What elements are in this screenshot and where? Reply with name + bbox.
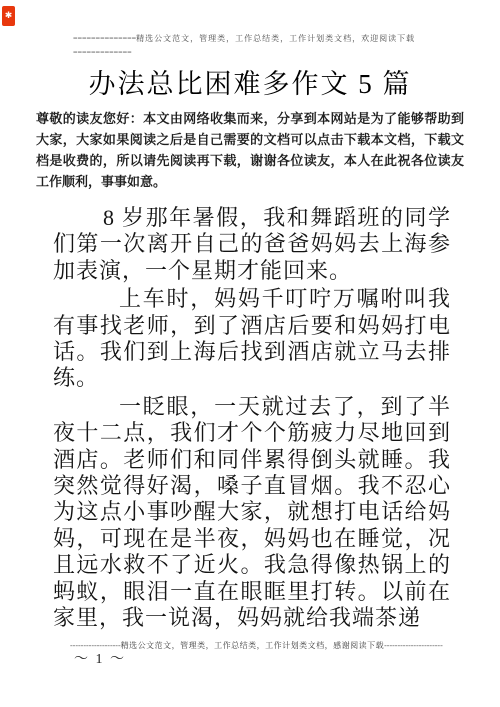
page-header: ==============精选公文范文，管理类，工作总结类，工作计划类文档，欢… bbox=[73, 33, 473, 58]
site-badge-icon: ✱ bbox=[2, 6, 15, 26]
essay-body: 8 岁那年暑假，我和舞蹈班的同学们第一次离开自己的爸爸妈妈去上海参加表演，一个星… bbox=[53, 205, 451, 634]
header-dashes: ============== bbox=[73, 34, 136, 43]
header-dashes-second-row: ============= bbox=[73, 47, 473, 58]
essay-paragraph-1: 8 岁那年暑假，我和舞蹈班的同学们第一次离开自己的爸爸妈妈去上海参加表演，一个星… bbox=[53, 205, 451, 284]
page-footer-rule: -------------------精选公文范文，管理类，工作总结类，工作计划… bbox=[70, 641, 443, 651]
footer-dashes-left: ------------------- bbox=[70, 641, 121, 650]
notice-paragraph: 尊敬的读友您好：本文由网络收集而来，分享到本网站是为了能够帮助到大家，大家如果阅… bbox=[36, 108, 464, 192]
essay-paragraph-2: 上车时，妈妈千叮咛万嘱咐叫我有事找老师，到了酒店后要和妈妈打电话。我们到上海后找… bbox=[53, 286, 451, 392]
header-text: 精选公文范文，管理类，工作总结类，工作计划类文档，欢迎阅读下载 bbox=[136, 34, 415, 43]
document-title: 办法总比困难多作文 5 篇 bbox=[0, 62, 500, 101]
page-number: ～ 1 ～ bbox=[74, 651, 126, 669]
footer-dashes-right: ---------------------- bbox=[384, 641, 443, 650]
footer-text: 精选公文范文，管理类，工作总结类，工作计划类文档，感谢阅读下载 bbox=[121, 641, 385, 650]
header-rule-line: ==============精选公文范文，管理类，工作总结类，工作计划类文档，欢… bbox=[73, 33, 473, 44]
document-page: ✱ ==============精选公文范文，管理类，工作总结类，工作计划类文档… bbox=[0, 0, 500, 707]
essay-paragraph-3: 一眨眼，一天就过去了，到了半夜十二点，我们才个个筋疲力尽地回到酒店。老师们和同伴… bbox=[53, 394, 451, 632]
